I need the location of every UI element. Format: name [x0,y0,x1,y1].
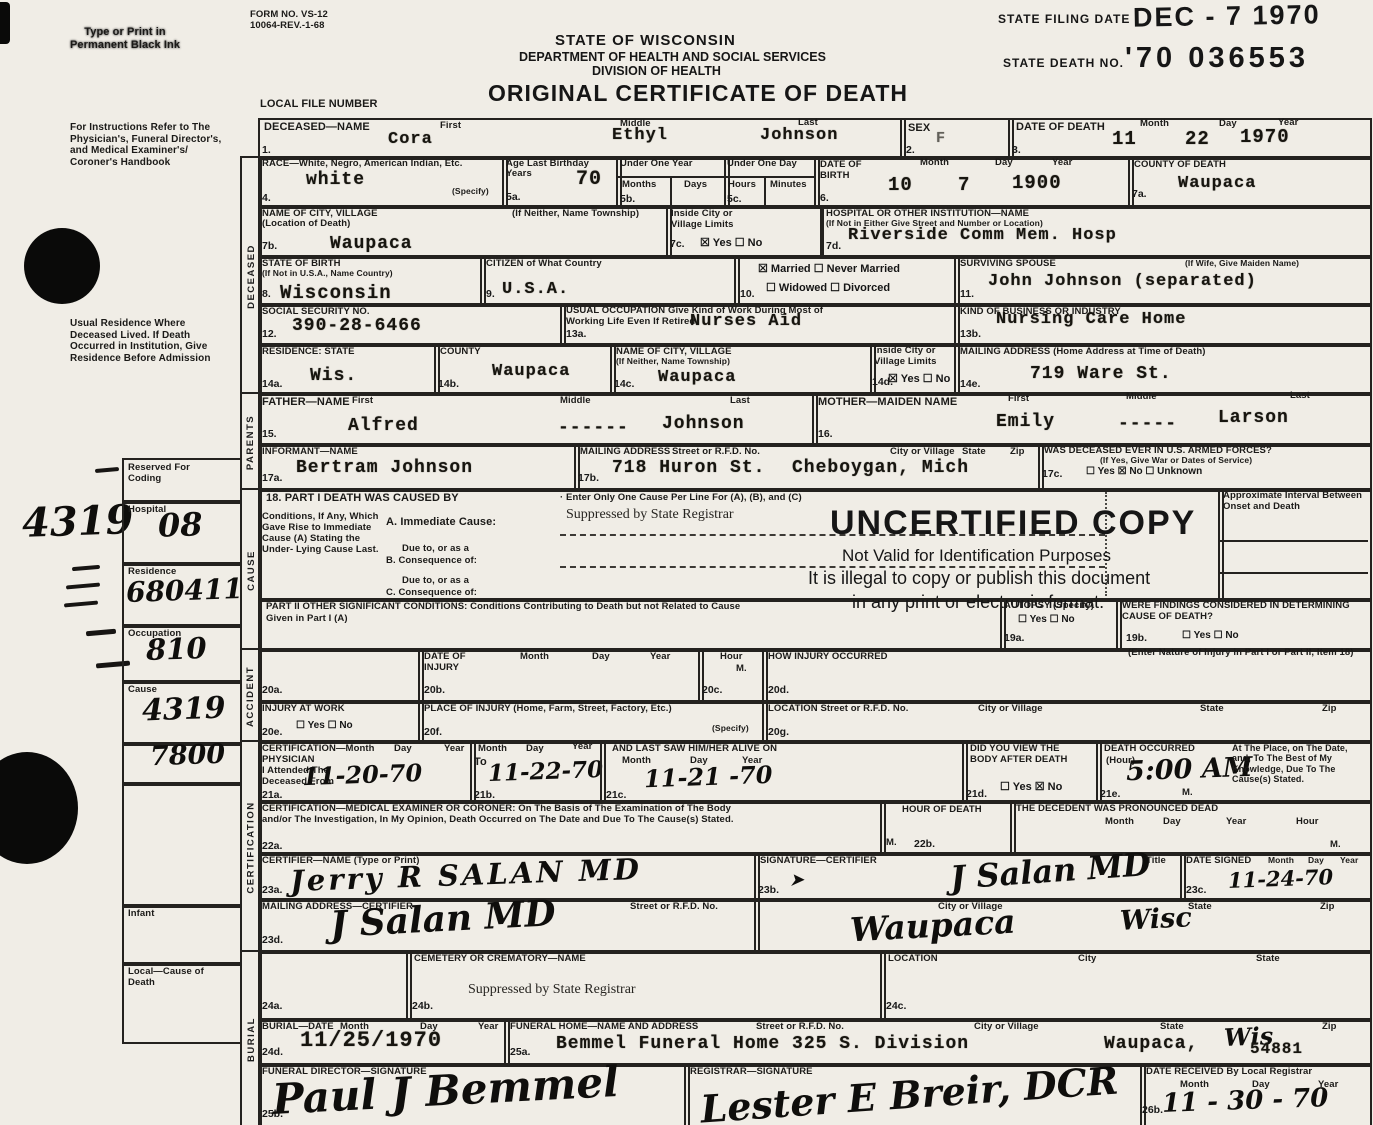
dod-day-value: 22 [1185,128,1210,150]
residence-county-label: COUNTY [440,347,481,358]
coding-cause-value: 4319 [141,691,226,729]
due-to-c-label1: Due to, or as a [402,576,469,587]
informant-mailing-label: MAILING ADDRESS [580,447,670,458]
days-sublabel: Days [684,180,707,191]
cemetery-city-sublabel: City [1078,954,1096,965]
item-19b-number: 19b. [1126,632,1147,644]
item-14c-number: 14c. [614,378,634,390]
citizen-label: CITIZEN of What Country [486,259,602,270]
armed-forces-checkboxes: ☐ Yes ☒ No ☐ Unknown [1086,466,1202,477]
injury-date-label2: INJURY [424,663,459,674]
coding-cause-box: Cause 4319 [122,680,244,746]
findings-checkboxes: ☐ Yes ☐ No [1182,630,1239,641]
item-10-number: 10. [740,288,755,300]
item-13b-number: 13b. [960,328,981,340]
margin-dash [72,565,100,571]
race-label: RACE—White, Negro, American Indian, Etc. [262,159,500,170]
due-to-b-label2: B. Consequence of: [386,556,477,567]
registrar-label: REGISTRAR—SIGNATURE [690,1067,813,1078]
father-middle-value: ------ [558,418,629,438]
item-1-number: 1. [262,144,271,156]
dob-month-value: 10 [888,174,913,196]
funeral-city-value: Waupaca, [1104,1034,1198,1054]
cert-year-sublabel: Year [444,744,464,755]
burial-year-sublabel: Year [478,1022,498,1033]
ssn-value: 390-28-6466 [292,316,422,336]
part1-note: · Enter Only One Cause Per Line For (A),… [560,493,802,504]
inside-limits2-checkboxes: ☒ Yes ☐ No [888,372,950,385]
interval-line1 [1218,540,1368,542]
item-26b-number: 26b. [1142,1104,1163,1116]
due-to-b-label1: Due to, or as a [402,544,469,555]
coding-empty-box [122,782,244,908]
last-saw-value: 11-21 -70 [644,760,773,793]
item-22b-number: 22b. [914,838,935,850]
funeral-home-value: Bemmel Funeral Home 325 S. Division [556,1034,969,1054]
item-7c-number: 7c. [670,238,685,250]
part1-side-note: Conditions, If Any, Which Gave Rise to I… [262,512,380,556]
date-of-death-label: DATE OF DEATH [1016,121,1105,134]
item-23b-number: 23b. [758,884,779,896]
to-month-sublabel: Month [478,744,507,755]
item-24b-number: 24b. [412,1000,433,1012]
informant-city-value: Cheboygan, Mich [792,458,969,478]
immediate-cause-value: Suppressed by State Registrar [566,507,734,523]
injury-at-work-label: INJURY AT WORK [262,704,345,715]
item-17b-number: 17b. [578,472,599,484]
punch-hole-bottom [0,752,78,864]
coding-cause2-box: 7800 [122,742,244,786]
margin-code-handwritten: 4319 [21,496,134,547]
to-year-sublabel: Year [572,742,592,753]
item-20b-number: 20b. [424,684,445,696]
pronounced-m: M. [1330,840,1341,851]
injury-location-zip-sublabel: Zip [1322,704,1337,715]
item-24a-number: 24a. [262,1000,282,1012]
spouse-sublabel: (If Wife, Give Maiden Name) [1185,259,1299,269]
to-label: To [474,756,487,769]
funeral-state-sublabel: State [1160,1022,1184,1033]
months-sublabel: Months [622,180,656,191]
inside-limits2-label: Inside City or Village Limits [874,346,950,368]
state-filing-date-label: STATE FILING DATE [998,12,1130,26]
pronounced-dead-label: THE DECEDENT WAS PRONOUNCED DEAD [1016,804,1218,815]
father-middle-sublabel: Middle [560,396,591,407]
item-17c-number: 17c. [1042,468,1062,480]
mother-first-value: Emily [996,412,1055,432]
coding-reserved-label: Reserved For Coding [128,463,208,485]
item-7b-number: 7b. [262,240,277,252]
attended-from-value: 11-20-70 [302,758,423,791]
deceased-last-name-value: Johnson [760,126,838,145]
informant-street-sublabel: Street or R.F.D. No. [672,447,760,458]
divider [724,176,816,178]
funeral-home-label: FUNERAL HOME—NAME AND ADDRESS [510,1022,698,1033]
item-20f-number: 20f. [424,726,442,738]
deceased-first-name-value: Cora [388,130,433,149]
signature-certifier-label: SIGNATURE—CERTIFIER [760,856,877,867]
race-specify-note: (Specify) [452,187,489,197]
mother-label: MOTHER—MAIDEN NAME [818,396,957,409]
father-last-value: Johnson [662,414,745,434]
certifier-state-sublabel: State [1188,902,1212,913]
injury-year-sublabel: Year [650,652,670,663]
mother-middle-value: ----- [1118,414,1177,434]
item-20a-number: 20a. [262,684,282,696]
local-file-number-label: LOCAL FILE NUMBER [260,98,378,111]
pronounced-hour-sublabel: Hour [1296,817,1319,828]
view-body-label: DID YOU VIEW THE BODY AFTER DEATH [970,744,1088,766]
injury-location-label: LOCATION Street or R.F.D. No. [768,704,908,715]
informant-value: Bertram Johnson [296,458,473,478]
dod-month-sublabel: Month [1140,119,1169,130]
city-of-death-value: Waupaca [330,234,413,254]
mother-last-sublabel: Last [1290,391,1310,402]
item-14e-number: 14e. [960,378,980,390]
injury-month-sublabel: Month [520,652,549,663]
state-of-birth-sublabel: (If Not in U.S.A., Name Country) [262,269,393,279]
margin-dash [64,601,98,608]
place-of-injury-label: PLACE OF INJURY (Home, Farm, Street, Fac… [424,704,672,715]
interval-line2 [1218,572,1368,574]
funeral-city-sublabel: City or Village [974,1022,1039,1033]
field-accident-type [258,648,424,704]
dob-day-sublabel: Day [995,158,1013,169]
injury-location-state-sublabel: State [1200,704,1224,715]
autopsy-checkboxes: ☐ Yes ☐ No [1018,614,1075,625]
residence-county-value: Waupaca [492,362,570,381]
item-7d-number: 7d. [826,240,841,252]
funeral-street-sublabel: Street or R.F.D. No. [756,1022,844,1033]
title-sublabel: Title [1146,856,1166,867]
death-certificate-scan: FORM NO. VS-12 10064-REV.-1-68 Type or P… [0,0,1373,1125]
informant-city-sublabel: City or Village [890,447,955,458]
findings-label: WERE FINDINGS CONSIDERED IN DETERMINING … [1122,601,1362,623]
spouse-label: SURVIVING SPOUSE [960,259,1056,270]
pronounced-day-sublabel: Day [1163,817,1181,828]
father-last-sublabel: Last [730,396,750,407]
state-heading: STATE OF WISCONSIN [555,32,736,49]
coding-local-cause-label: Local—Cause of Death [128,967,210,989]
immediate-cause-label: A. Immediate Cause: [386,516,496,529]
signed-month-sublabel: Month [1268,856,1294,866]
item-5a-number: 5a. [506,191,521,203]
autopsy-label: AUTOPSY (Specify) [1004,601,1094,612]
residence-city-sublabel: (If Neither, Name Township) [616,357,730,367]
mother-first-sublabel: First [1008,394,1029,405]
divider [764,176,766,205]
injury-hour-sublabel: Hour [720,652,743,663]
father-first-sublabel: First [352,396,373,407]
state-of-birth-value: Wisconsin [280,282,392,304]
injury-day-sublabel: Day [592,652,610,663]
death-hour-m: M. [1182,788,1193,799]
filing-date-stamp: DEC - 7 1970 [1133,0,1321,34]
dod-year-value: 1970 [1240,126,1290,148]
minutes-sublabel: Minutes [770,180,807,191]
pronounced-month-sublabel: Month [1105,817,1134,828]
item-15-number: 15. [262,428,277,440]
item-20c-number: 20c. [702,684,722,696]
item-16-number: 16. [818,428,833,440]
item-8-number: 8. [262,288,271,300]
certifier-zip-sublabel: Zip [1320,902,1335,913]
coding-hospital-value: 08 [157,505,203,545]
item-20g-number: 20g. [768,726,789,738]
coding-occupation-box: Occupation 810 [122,624,244,684]
item-24c-number: 24c. [886,1000,906,1012]
medical-examiner-text: CERTIFICATION—MEDICAL EXAMINER OR CORONE… [262,804,742,826]
place-specify-note: (Specify) [712,724,749,734]
attest-note: At The Place, on The Date, and, To The B… [1232,743,1364,784]
last-saw-label: AND LAST SAW HIM/HER ALIVE ON [612,744,777,755]
part2-label-line2: Given in Part I (A) [266,614,348,625]
form-number-line2: 10064-REV.-1-68 [250,21,325,32]
margin-dash [95,467,119,473]
item-25a-number: 25a. [510,1046,530,1058]
coding-local-cause-box: Local—Cause of Death [122,962,244,1044]
divider [670,176,672,205]
interval-label: Approximate Interval Between Onset and D… [1223,491,1363,513]
sex-label: SEX [908,122,930,135]
item-22a-number: 22a. [262,840,282,852]
coding-cause2-value: 7800 [149,739,225,773]
under-one-year-label: Under One Year [620,159,693,170]
occupation-value: Nurses Aid [690,312,802,331]
citizen-value: U.S.A. [502,280,569,299]
item-23c-number: 23c. [1186,884,1206,896]
inside-limits-label: Inside City or Village Limits [671,209,761,231]
coding-residence-box: Residence 680411 [122,562,244,628]
date-received-label: DATE RECEIVED By Local Registrar [1146,1067,1312,1078]
how-injury-label: HOW INJURY OCCURRED [768,652,888,663]
margin-dash [86,629,116,637]
spouse-value: John Johnson (separated) [988,272,1257,291]
deceased-middle-name-value: Ethyl [612,126,668,145]
signature-arrow: ➤ [790,870,804,889]
father-first-value: Alfred [348,416,419,436]
item-20e-number: 20e. [262,726,282,738]
mailing-address-label: MAILING ADDRESS (Home Address at Time of… [960,347,1206,358]
funeral-zip-value: 54881 [1250,1040,1303,1058]
cemetery-label: CEMETERY OR CREMATORY—NAME [414,954,586,965]
injury-at-work-checkboxes: ☐ Yes ☐ No [296,720,353,731]
uncertified-stamp-line3: It is illegal to copy or publish this do… [808,568,1150,589]
item-7a-number: 7a. [1132,188,1147,200]
scan-mark [0,2,10,44]
type-print-note: Type or Print in Permanent Black Ink [66,26,184,51]
item-5c-number: 5c. [727,193,742,205]
item-5b-number: 5b. [620,193,635,205]
item-21e-number: 21e. [1100,788,1120,800]
attended-to-value: 11-22-70 [488,756,604,787]
coding-residence-value: 680411 [125,572,243,609]
informant-label: INFORMANT—NAME [262,447,358,458]
informant-zip-sublabel: Zip [1010,447,1025,458]
item-13a-number: 13a. [566,328,586,340]
residence-city-value: Waupaca [658,368,736,387]
informant-state-sublabel: State [962,447,986,458]
funeral-zip-sublabel: Zip [1322,1022,1337,1033]
residence-state-label: RESIDENCE: STATE [262,347,355,358]
county-of-death-value: Waupaca [1178,174,1256,193]
usual-residence-note: Usual Residence Where Deceased Lived. If… [70,318,230,364]
instructions-note: For Instructions Refer to The Physician'… [70,122,222,168]
pronounced-year-sublabel: Year [1226,817,1246,828]
cemetery-state-sublabel: State [1256,954,1280,965]
dob-label: DATE OF BIRTH [820,160,874,182]
sex-value: F [936,130,946,147]
armed-forces-sublabel: (If Yes, Give War or Dates of Service) [1100,456,1252,466]
item-23d-number: 23d. [262,934,283,946]
view-body-checkboxes: ☐ Yes ☒ No [1000,780,1062,793]
injury-location-city-sublabel: City or Village [978,704,1043,715]
item-12-number: 12. [262,328,277,340]
item-17a-number: 17a. [262,472,282,484]
hour-of-death-m: M. [886,838,897,849]
item-11-number: 11. [960,288,974,300]
punch-hole-top [24,228,100,304]
hours-sublabel: Hours [728,180,756,191]
dod-day-sublabel: Day [1219,119,1237,130]
signed-year-sublabel: Year [1340,856,1358,866]
certifier-street-sublabel: Street or R.F.D. No. [630,902,718,913]
uncertified-stamp-line1: UNCERTIFIED COPY [830,504,1196,543]
age-years-sublabel: Years [506,169,532,180]
certificate-title: ORIGINAL CERTIFICATE OF DEATH [488,80,908,107]
dob-year-sublabel: Year [1052,158,1072,169]
item-4-number: 4. [262,192,271,204]
to-day-sublabel: Day [526,744,544,755]
margin-dash [66,583,100,590]
cemetery-location-label: LOCATION [888,954,938,965]
item-14b-number: 14b. [438,378,459,390]
how-injury-note: (Enter Nature of Injury in Part I or Par… [1128,648,1354,659]
date-signed-value: 11-24-70 [1228,864,1334,893]
inside-limits-checkboxes: ☒ Yes ☐ No [700,236,762,249]
coding-infant-label: Infant [128,909,154,920]
state-death-no-value: '70 036553 [1125,42,1309,75]
burial-date-value: 11/25/1970 [300,1028,442,1053]
division-heading: DIVISION OF HEALTH [592,64,721,78]
coding-infant-box: Infant [122,904,244,966]
mother-middle-sublabel: Middle [1126,392,1157,403]
date-signed-label: DATE SIGNED [1186,856,1251,867]
department-heading: DEPARTMENT OF HEALTH AND SOCIAL SERVICES [519,50,826,64]
under-one-day-label: Under One Day [727,159,797,170]
dod-month-value: 11 [1112,128,1137,150]
deceased-name-label: DECEASED—NAME [264,121,370,134]
cert-day-sublabel: Day [394,744,412,755]
coding-reserved-box: Reserved For Coding [122,458,244,504]
city-of-death-sublabel: (Location of Death) [262,219,350,230]
injury-hour-m: M. [736,664,747,675]
father-label: FATHER—NAME [262,396,350,409]
dob-year-value: 1900 [1012,172,1062,194]
dob-month-sublabel: Month [920,158,949,169]
item-24d-number: 24d. [262,1046,283,1058]
informant-street-value: 718 Huron St. [612,458,765,478]
field-cemetery-location [880,950,1372,1022]
marital-checkboxes-line1: ☒ Married ☐ Never Married [758,262,900,275]
first-sublabel: First [440,121,461,132]
item-20d-number: 20d. [768,684,789,696]
date-received-value: 11 - 30 - 70 [1162,1083,1329,1119]
item-6-number: 6. [820,192,829,204]
industry-value: Nursing Care Home [996,310,1186,329]
dob-day-value: 7 [958,174,970,196]
item-3-number: 3. [1012,144,1021,156]
state-death-no-label: STATE DEATH NO. [1003,56,1124,70]
item-19a-number: 19a. [1004,632,1024,644]
field-certifier-city-state [754,898,1372,954]
mailing-address-value: 719 Ware St. [1030,364,1172,384]
mother-last-value: Larson [1218,408,1289,428]
item-23a-number: 23a. [262,884,282,896]
age-value: 70 [576,168,602,191]
township-note: (If Neither, Name Township) [512,209,639,220]
uncertified-stamp-line2: Not Valid for Identification Purposes [842,546,1111,566]
residence-state-value: Wis. [310,366,357,386]
marital-checkboxes-line2: ☐ Widowed ☐ Divorced [766,281,890,294]
coding-hospital-box: Hospital 08 [122,500,244,566]
hospital-value: Riverside Comm Mem. Hosp [848,226,1117,245]
item-9-number: 9. [486,288,495,300]
hour-of-death-label: HOUR OF DEATH [902,805,982,816]
part1-heading: 18. PART I DEATH WAS CAUSED BY [266,492,459,505]
certifier-state-value: Wisc [1119,902,1192,937]
cemetery-value: Suppressed by State Registrar [468,982,636,998]
item-21d-number: 21d. [966,788,987,800]
county-of-death-label: COUNTY OF DEATH [1134,160,1226,171]
part2-label-line1: PART II OTHER SIGNIFICANT CONDITIONS: Co… [266,602,740,613]
item-14a-number: 14a. [262,378,282,390]
item-2-number: 2. [906,144,915,156]
coding-occupation-value: 810 [145,631,207,667]
race-value: white [306,170,365,190]
